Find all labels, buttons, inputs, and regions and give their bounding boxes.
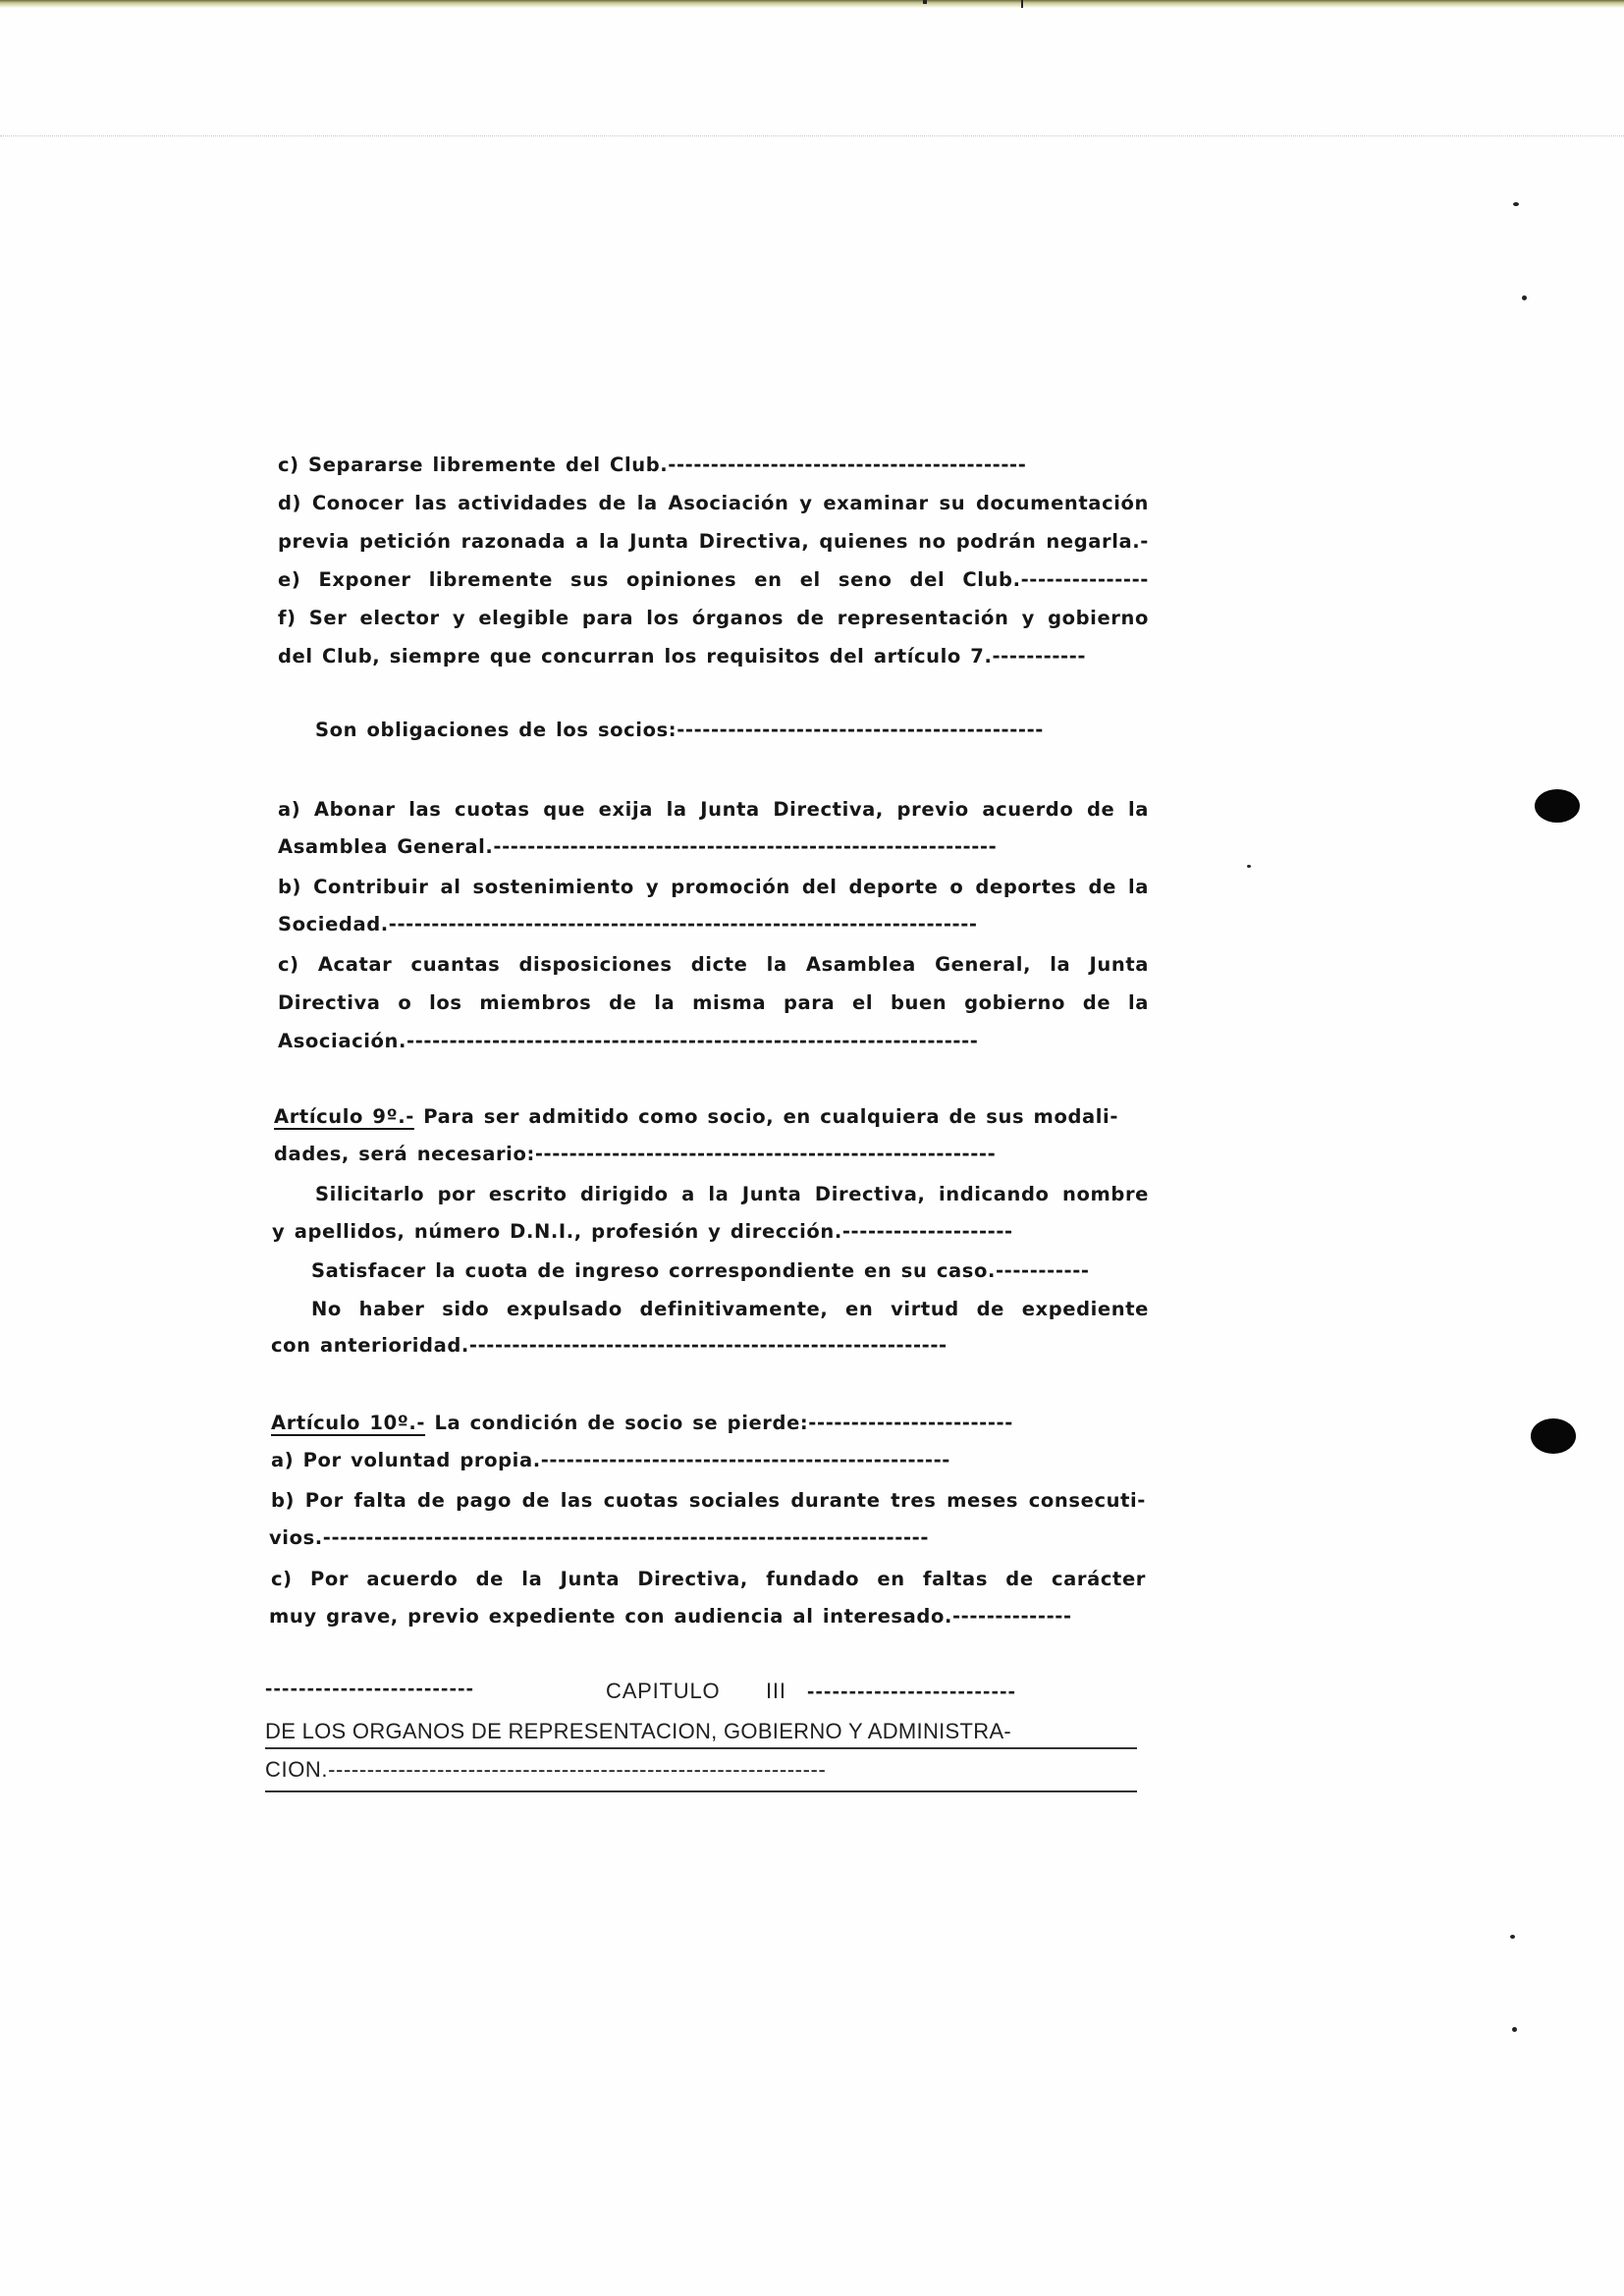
loss-item-b: b) Por falta de pago de las cuotas socia… [271, 1489, 1146, 1513]
scan-speck [1512, 2027, 1517, 2032]
scan-speck [1247, 865, 1251, 868]
scan-speck [1522, 295, 1527, 300]
right-item-e: e) Exponer libremente sus opiniones en e… [278, 568, 1149, 592]
obligation-item-c-cont: Directiva o los miembros de la misma par… [278, 991, 1149, 1015]
right-item-f: f) Ser elector y elegible para los órgan… [278, 607, 1149, 630]
obligation-item-c: c) Acatar cuantas disposiciones dicte la… [278, 953, 1149, 977]
chapter-subtitle-line-2: CION.-----------------------------------… [265, 1758, 826, 1782]
obligation-item-b: b) Contribuir al sostenimiento y promoci… [278, 876, 1149, 899]
obligation-item-c-end: Asociación.-----------------------------… [278, 1030, 978, 1053]
punch-hole [1531, 1418, 1576, 1454]
article-10-heading: Artículo 10º.- [271, 1412, 425, 1434]
chapter-subtitle-underline-1 [265, 1747, 1137, 1749]
right-item-d-cont: previa petición razonada a la Junta Dire… [278, 530, 1149, 554]
scan-speck [1513, 202, 1519, 206]
article-10-first-line: Artículo 10º.- La condición de socio se … [271, 1412, 1013, 1435]
obligation-item-a-cont: Asamblea General.-----------------------… [278, 835, 997, 859]
article-9-requirement-1: Silicitarlo por escrito dirigido a la Ju… [315, 1183, 1149, 1206]
loss-item-c-cont: muy grave, previo expediente con audienc… [269, 1605, 1072, 1629]
article-9-requirement-3-cont: con anterioridad.-----------------------… [271, 1334, 947, 1358]
article-9-requirement-2: Satisfacer la cuota de ingreso correspon… [311, 1259, 1090, 1283]
chapter-left-dashes: ------------------------- [265, 1677, 474, 1700]
loss-item-c: c) Por acuerdo de la Junta Directiva, fu… [271, 1568, 1146, 1591]
chapter-right-dashes: ------------------------- [807, 1680, 1016, 1703]
article-9-line: dades, será necesario:------------------… [274, 1143, 996, 1166]
article-9-heading: Artículo 9º.- [274, 1105, 414, 1128]
right-item-f-cont: del Club, siempre que concurran los requ… [278, 645, 1086, 668]
obligations-heading: Son obligaciones de los socios:---------… [315, 719, 1044, 742]
loss-item-a: a) Por voluntad propia.-----------------… [271, 1449, 950, 1472]
loss-item-b-cont: vios.-----------------------------------… [269, 1526, 929, 1550]
obligation-item-b-cont: Sociedad.-------------------------------… [278, 913, 978, 936]
punch-hole [1535, 789, 1580, 823]
article-9-requirement-1-cont: y apellidos, número D.N.I., profesión y … [272, 1220, 1013, 1244]
chapter-subtitle-line-1: DE LOS ORGANOS DE REPRESENTACION, GOBIER… [265, 1720, 1011, 1743]
chapter-subtitle-underline-2 [265, 1790, 1137, 1792]
right-item-c: c) Separarse libremente del Club.-------… [278, 454, 1026, 477]
article-10-intro: La condición de socio se pierde:--------… [425, 1412, 1013, 1434]
scan-speck [1510, 1935, 1515, 1939]
right-item-d: d) Conocer las actividades de la Asociac… [278, 492, 1149, 515]
article-9-requirement-3: No haber sido expulsado definitivamente,… [311, 1298, 1149, 1321]
article-9-first-line: Artículo 9º.- Para ser admitido como soc… [274, 1105, 1149, 1129]
chapter-title: CAPITULO [606, 1680, 720, 1703]
document-page: c) Separarse libremente del Club.-------… [0, 0, 1624, 2296]
chapter-number: III [766, 1680, 786, 1703]
obligation-item-a: a) Abonar las cuotas que exija la Junta … [278, 798, 1149, 822]
article-9-intro: Para ser admitido como socio, en cualqui… [414, 1105, 1118, 1128]
